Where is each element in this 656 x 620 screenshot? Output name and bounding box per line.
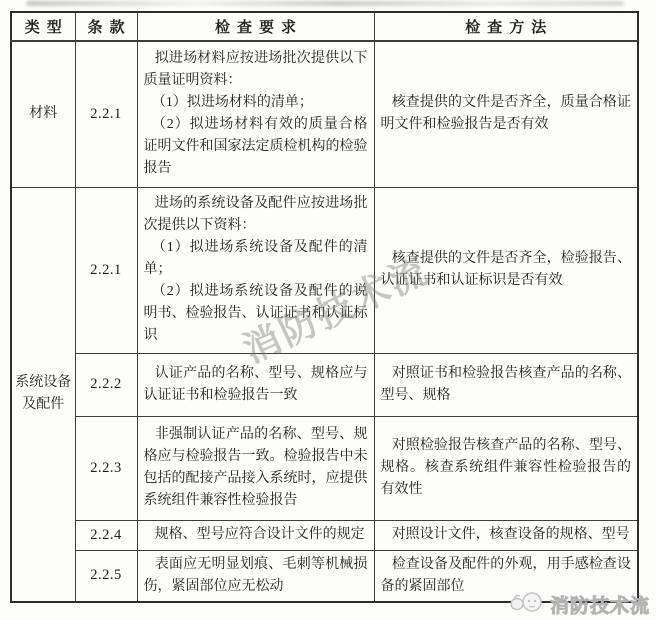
table-row: 2.2.4规格、型号应符合设计文件的规定对照设计文件，核查设备的规格、型号 <box>11 520 638 550</box>
clause-cell: 2.2.3 <box>75 416 137 520</box>
requirement-paragraph: 进场的系统设备及配件应按进场批次提供以下资料： <box>144 193 368 237</box>
requirement-paragraph: （2）拟进场材料有效的质量合格证明文件和国家法定质检机构的检验报告 <box>144 114 368 180</box>
brand-footer: 消防技术流 <box>509 589 650 619</box>
method-paragraph: 核查提供的文件是否齐全，检验报告、认证证书和认证标识是否有效 <box>381 248 632 292</box>
requirement-paragraph: （1）拟进场系统设备及配件的清单； <box>144 237 368 281</box>
mascot-icon <box>509 589 547 619</box>
method-cell: 核查提供的文件是否齐全，质量合格证明文件和检验报告是否有效 <box>374 41 638 187</box>
requirement-cell: 非强制认证产品的名称、型号、规格应与检验报告一致。检验报告中未包括的配接产品接入… <box>137 416 374 520</box>
requirement-paragraph: （1）拟进场材料的清单； <box>144 92 368 114</box>
requirement-cell: 规格、型号应符合设计文件的规定 <box>137 520 374 550</box>
clause-cell: 2.2.1 <box>75 187 137 353</box>
header-method: 检查方法 <box>374 12 638 41</box>
type-cell: 材料 <box>11 41 75 187</box>
inspection-table: 类型 条款 检查要求 检查方法 材料2.2.1拟进场材料应按进场批次提供以下质量… <box>10 11 639 603</box>
clause-cell: 2.2.2 <box>75 353 137 416</box>
requirement-cell: 进场的系统设备及配件应按进场批次提供以下资料：（1）拟进场系统设备及配件的清单；… <box>137 187 374 353</box>
method-cell: 核查提供的文件是否齐全，检验报告、认证证书和认证标识是否有效 <box>374 187 638 353</box>
header-requirement: 检查要求 <box>137 12 374 41</box>
requirement-paragraph: 表面应无明显划痕、毛刺等机械损伤，紧固部位应无松动 <box>144 554 368 598</box>
method-paragraph: 对照检验报告核查产品的名称、型号、规格。核查系统组件兼容性检验报告的有效性 <box>381 435 632 501</box>
clause-cell: 2.2.5 <box>75 550 137 602</box>
table-row: 系统设备及配件2.2.1进场的系统设备及配件应按进场批次提供以下资料：（1）拟进… <box>11 187 638 353</box>
method-paragraph: 对照证书和检验报告核查产品的名称、型号、规格 <box>381 363 632 407</box>
table-body: 材料2.2.1拟进场材料应按进场批次提供以下质量证明资料：（1）拟进场材料的清单… <box>11 41 638 602</box>
clause-cell: 2.2.1 <box>75 41 137 187</box>
requirement-paragraph: （2）拟进场系统设备及配件的说明书、检验报告、认证证书和认证标识 <box>144 281 368 347</box>
header-row: 类型 条款 检查要求 检查方法 <box>11 12 638 41</box>
scan-artifact <box>26 1 624 6</box>
requirement-cell: 认证产品的名称、型号、规格应与认证证书和检验报告一致 <box>137 353 374 416</box>
brand-label: 消防技术流 <box>550 591 650 618</box>
method-cell: 对照检验报告核查产品的名称、型号、规格。核查系统组件兼容性检验报告的有效性 <box>374 416 638 520</box>
requirement-cell: 表面应无明显划痕、毛刺等机械损伤，紧固部位应无松动 <box>137 550 374 602</box>
method-cell: 对照设计文件，核查设备的规格、型号 <box>374 520 638 550</box>
table-row: 2.2.3非强制认证产品的名称、型号、规格应与检验报告一致。检验报告中未包括的配… <box>11 416 638 520</box>
requirement-cell: 拟进场材料应按进场批次提供以下质量证明资料：（1）拟进场材料的清单；（2）拟进场… <box>137 41 374 187</box>
method-paragraph: 核查提供的文件是否齐全，质量合格证明文件和检验报告是否有效 <box>381 92 632 136</box>
requirement-paragraph: 规格、型号应符合设计文件的规定 <box>144 524 368 546</box>
method-paragraph: 对照设计文件，核查设备的规格、型号 <box>381 524 632 546</box>
requirement-paragraph: 非强制认证产品的名称、型号、规格应与检验报告一致。检验报告中未包括的配接产品接入… <box>144 424 368 512</box>
clause-cell: 2.2.4 <box>75 520 137 550</box>
header-type: 类型 <box>11 12 75 41</box>
header-clause: 条款 <box>75 12 137 41</box>
method-cell: 对照证书和检验报告核查产品的名称、型号、规格 <box>374 353 638 416</box>
table-row: 材料2.2.1拟进场材料应按进场批次提供以下质量证明资料：（1）拟进场材料的清单… <box>11 41 638 187</box>
requirement-paragraph: 拟进场材料应按进场批次提供以下质量证明资料： <box>144 48 368 92</box>
table-row: 2.2.2认证产品的名称、型号、规格应与认证证书和检验报告一致对照证书和检验报告… <box>11 353 638 416</box>
requirement-paragraph: 认证产品的名称、型号、规格应与认证证书和检验报告一致 <box>144 363 368 407</box>
type-cell: 系统设备及配件 <box>11 187 75 602</box>
